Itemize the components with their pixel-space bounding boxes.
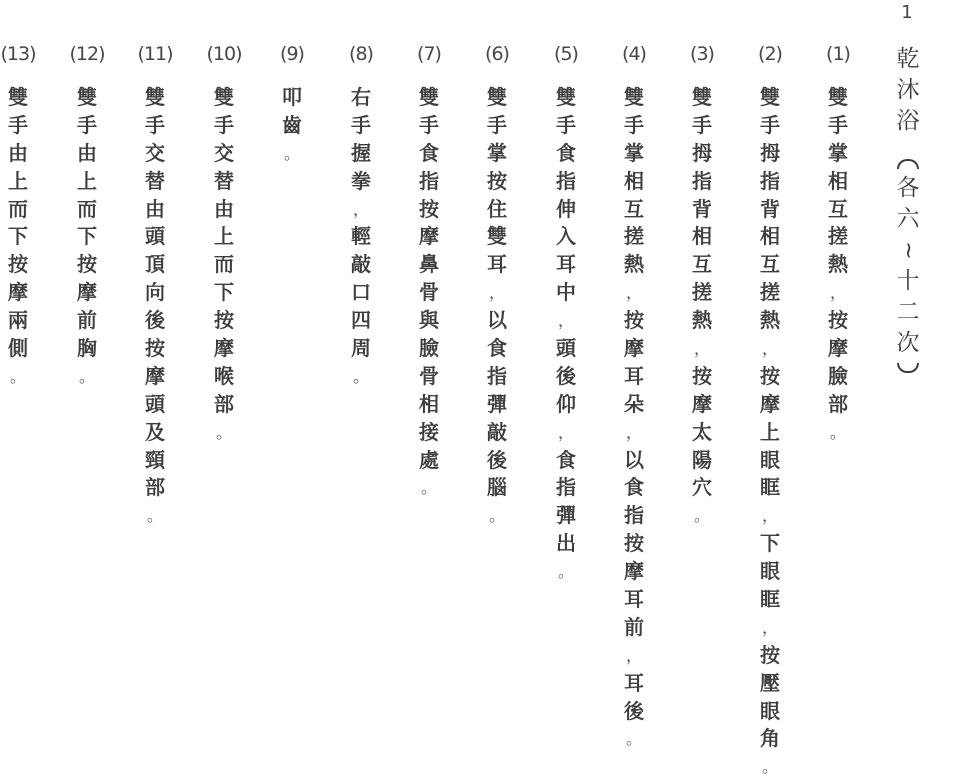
- step-column: (10)雙手交替由上而下按摩喉部。: [204, 40, 244, 447]
- step-number: (12): [69, 40, 104, 68]
- step-number: (3): [690, 40, 714, 68]
- step-text-char: 相: [624, 168, 644, 196]
- step-text-char: 。: [626, 725, 642, 753]
- step-text-char: 出: [556, 530, 576, 558]
- step-text-char: 手: [419, 112, 439, 140]
- step-text-char: 指: [556, 168, 576, 196]
- step-text-char: ，: [626, 419, 642, 447]
- step-text-char: 部: [214, 391, 234, 419]
- step-text-char: 雙: [487, 223, 507, 251]
- step-text-char: 。: [558, 558, 574, 586]
- step-text-char: 與: [419, 307, 439, 335]
- step-text-char: 背: [760, 196, 780, 224]
- step-text-char: 骨: [419, 363, 439, 391]
- step-text-char: 側: [8, 335, 28, 363]
- title-note-char: 十: [897, 266, 920, 297]
- step-text-char: 指: [760, 168, 780, 196]
- title-note-char: 二: [897, 297, 920, 328]
- step-text-char: 手: [214, 112, 234, 140]
- step-text-char: 口: [351, 279, 371, 307]
- step-text-char: 上: [8, 168, 28, 196]
- step-text-char: 按: [419, 196, 439, 224]
- step-text-char: 。: [79, 363, 95, 391]
- step-text-char: 輕: [351, 223, 371, 251]
- step-text-char: 按: [828, 307, 848, 335]
- step-text: 雙手拇指背相互搓熱，按摩上眼眶，下眼眶，按壓眼角。: [760, 84, 780, 778]
- step-text-char: 。: [421, 474, 437, 502]
- step-text: 雙手拇指背相互搓熱，按摩太陽穴。: [692, 84, 712, 530]
- step-text-char: 後: [556, 363, 576, 391]
- step-text: 雙手由上而下按摩前胸。: [77, 84, 97, 391]
- step-text-char: 搓: [692, 279, 712, 307]
- step-number: (10): [206, 40, 241, 68]
- step-text-char: 摩: [760, 391, 780, 419]
- step-text-char: 按: [624, 307, 644, 335]
- step-text-char: 相: [692, 223, 712, 251]
- step-text-char: 拳: [351, 168, 371, 196]
- step-text-char: 陽: [692, 447, 712, 475]
- title-note-to: 十二: [897, 266, 920, 328]
- step-number: (9): [280, 40, 304, 68]
- step-text-char: 雙: [624, 84, 644, 112]
- step-text-char: 摩: [828, 335, 848, 363]
- step-text-char: 搓: [760, 279, 780, 307]
- title-note-sep: ~: [893, 241, 924, 259]
- step-text-char: 下: [8, 223, 28, 251]
- step-text-char: 上: [77, 168, 97, 196]
- step-text-char: 住: [487, 196, 507, 224]
- step-text-char: 。: [216, 419, 232, 447]
- step-text-char: 指: [624, 502, 644, 530]
- step-text-char: 交: [145, 140, 165, 168]
- step-text: 雙手食指伸入耳中，頭後仰，食指彈出。: [556, 84, 576, 586]
- step-text-char: 眶: [760, 586, 780, 614]
- step-text-char: 摩: [214, 335, 234, 363]
- step-text-char: 後: [487, 447, 507, 475]
- step-text-char: 相: [828, 168, 848, 196]
- step-text-char: 手: [145, 112, 165, 140]
- step-text-char: 臉: [828, 363, 848, 391]
- step-text-char: ，: [626, 642, 642, 670]
- title-char: 浴: [897, 106, 920, 137]
- step-text-char: 頂: [145, 251, 165, 279]
- step-number: (5): [554, 40, 578, 68]
- page-number: 1: [899, 2, 915, 23]
- step-text-char: 敲: [351, 251, 371, 279]
- step-text-char: 太: [692, 419, 712, 447]
- step-text-char: ，: [558, 307, 574, 335]
- step-text-char: 按: [760, 642, 780, 670]
- step-text-char: 耳: [624, 586, 644, 614]
- step-text-char: 彈: [556, 502, 576, 530]
- step-text-char: 摩: [692, 391, 712, 419]
- step-number: (2): [758, 40, 782, 68]
- step-text-char: 向: [145, 279, 165, 307]
- step-text-char: 叩: [282, 84, 302, 112]
- step-text-char: 指: [419, 168, 439, 196]
- step-text-char: 鼻: [419, 251, 439, 279]
- step-text-char: 眼: [760, 698, 780, 726]
- step-text-char: 周: [351, 335, 371, 363]
- step-text-char: 握: [351, 140, 371, 168]
- step-text-char: 由: [77, 140, 97, 168]
- step-text-char: 按: [8, 251, 28, 279]
- step-text-char: 仰: [556, 391, 576, 419]
- step-column: (9)叩齒。: [272, 40, 312, 168]
- step-text-char: 雙: [556, 84, 576, 112]
- step-text-char: 食: [624, 474, 644, 502]
- step-text-char: 而: [214, 251, 234, 279]
- step-text-char: 雙: [487, 84, 507, 112]
- step-text-char: 彈: [487, 391, 507, 419]
- step-text-char: 以: [624, 447, 644, 475]
- step-text-char: 頭: [145, 391, 165, 419]
- step-text-char: ，: [489, 279, 505, 307]
- step-text-char: 胸: [77, 335, 97, 363]
- step-text-char: 按: [624, 530, 644, 558]
- step-text-char: 替: [214, 168, 234, 196]
- title-note-prefix: 各: [897, 173, 920, 204]
- step-text-char: 按: [760, 363, 780, 391]
- step-number: (13): [0, 40, 35, 68]
- step-text-char: 摩: [419, 223, 439, 251]
- step-column: (13)雙手由上而下按摩兩側。: [0, 40, 38, 391]
- step-column: (11)雙手交替由頭頂向後按摩頭及頸部。: [135, 40, 175, 530]
- step-text-char: 摩: [624, 558, 644, 586]
- step-text-char: 後: [145, 307, 165, 335]
- step-column: (12)雙手由上而下按摩前胸。: [67, 40, 107, 391]
- step-text-char: 摩: [8, 279, 28, 307]
- step-text-char: 敲: [487, 419, 507, 447]
- step-text-char: 兩: [8, 307, 28, 335]
- step-text-char: 互: [828, 196, 848, 224]
- section-title: 乾沐浴 各 六 ~ 十二 次: [893, 44, 923, 373]
- step-text-char: 按: [692, 363, 712, 391]
- step-text-char: 朵: [624, 391, 644, 419]
- step-text-char: 中: [556, 279, 576, 307]
- step-text-char: 掌: [624, 140, 644, 168]
- step-text-char: ，: [353, 196, 369, 224]
- step-text-char: 齒: [282, 112, 302, 140]
- step-text-char: 背: [692, 196, 712, 224]
- step-text-char: 處: [419, 447, 439, 475]
- step-text: 雙手交替由上而下按摩喉部。: [214, 84, 234, 447]
- step-text-char: 掌: [828, 140, 848, 168]
- step-text-char: 下: [760, 530, 780, 558]
- step-text-char: 交: [214, 140, 234, 168]
- step-text: 雙手食指按摩鼻骨與臉骨相接處。: [419, 84, 439, 502]
- step-text-char: 耳: [624, 363, 644, 391]
- step-number: (4): [622, 40, 646, 68]
- step-text-char: 。: [694, 502, 710, 530]
- step-text: 雙手掌按住雙耳，以食指彈敲後腦。: [487, 84, 507, 530]
- step-text-char: 按: [487, 168, 507, 196]
- step-text-char: 耳: [556, 251, 576, 279]
- step-column: (1)雙手掌相互搓熱，按摩臉部。: [818, 40, 858, 447]
- step-text-char: 食: [487, 335, 507, 363]
- step-text-char: 手: [692, 112, 712, 140]
- step-text-char: 指: [556, 474, 576, 502]
- step-text-char: 互: [624, 196, 644, 224]
- step-text-char: 上: [214, 223, 234, 251]
- step-text-char: 熱: [828, 251, 848, 279]
- step-text-char: 。: [489, 502, 505, 530]
- step-text-char: 雙: [77, 84, 97, 112]
- step-column: (6)雙手掌按住雙耳，以食指彈敲後腦。: [477, 40, 517, 530]
- title-char: 乾: [897, 44, 920, 75]
- step-text-char: ，: [626, 279, 642, 307]
- step-text-char: 按: [214, 307, 234, 335]
- step-text-char: 由: [8, 140, 28, 168]
- step-text-char: 手: [487, 112, 507, 140]
- step-number: (8): [349, 40, 373, 68]
- step-text-char: 角: [760, 725, 780, 753]
- step-text-char: 。: [10, 363, 26, 391]
- step-text-char: 接: [419, 419, 439, 447]
- step-text-char: 穴: [692, 474, 712, 502]
- step-text-char: 骨: [419, 279, 439, 307]
- step-text-char: ，: [762, 614, 778, 642]
- step-text-char: 而: [8, 196, 28, 224]
- step-number: (6): [485, 40, 509, 68]
- step-text-char: 熱: [692, 307, 712, 335]
- step-text-char: 替: [145, 168, 165, 196]
- step-number: (11): [137, 40, 172, 68]
- step-text-char: 搓: [624, 223, 644, 251]
- step-text-char: ，: [830, 279, 846, 307]
- step-text: 叩齒。: [282, 84, 302, 168]
- step-text-char: 雙: [760, 84, 780, 112]
- step-column: (4)雙手掌相互搓熱，按摩耳朵，以食指按摩耳前，耳後。: [614, 40, 654, 753]
- step-text-char: 指: [487, 363, 507, 391]
- step-text-char: 臉: [419, 335, 439, 363]
- step-text-char: 及: [145, 419, 165, 447]
- step-text-char: 眼: [760, 558, 780, 586]
- step-text-char: 。: [830, 419, 846, 447]
- step-text: 雙手交替由頭頂向後按摩頭及頸部。: [145, 84, 165, 530]
- step-text-char: 按: [145, 335, 165, 363]
- close-paren-mark: [897, 363, 919, 373]
- step-text-char: 手: [828, 112, 848, 140]
- step-text-char: 而: [77, 196, 97, 224]
- step-text-char: 眼: [760, 447, 780, 475]
- step-text: 右手握拳，輕敲口四周。: [351, 84, 371, 391]
- step-text-char: 腦: [487, 474, 507, 502]
- step-text-char: 以: [487, 307, 507, 335]
- step-text-char: 部: [828, 391, 848, 419]
- step-text-char: 掌: [487, 140, 507, 168]
- open-paren-mark: [897, 159, 919, 169]
- step-text-char: 。: [284, 140, 300, 168]
- step-text-char: ，: [694, 335, 710, 363]
- step-text-char: 手: [624, 112, 644, 140]
- step-text-char: 食: [556, 140, 576, 168]
- title-name: 乾沐浴: [897, 44, 920, 137]
- step-text-char: 。: [353, 363, 369, 391]
- step-text-char: 四: [351, 307, 371, 335]
- step-text-char: 熱: [760, 307, 780, 335]
- step-text-char: 相: [760, 223, 780, 251]
- step-text-char: ，: [762, 502, 778, 530]
- step-text-char: 下: [214, 279, 234, 307]
- step-text-char: 雙: [419, 84, 439, 112]
- title-char: 沐: [897, 75, 920, 106]
- step-text-char: 頭: [556, 335, 576, 363]
- step-text-char: 。: [762, 753, 778, 778]
- step-text-char: 摩: [145, 363, 165, 391]
- step-text-char: 部: [145, 474, 165, 502]
- step-text: 雙手掌相互搓熱，按摩耳朵，以食指按摩耳前，耳後。: [624, 84, 644, 753]
- step-text-char: 摩: [77, 279, 97, 307]
- step-text-char: 指: [692, 168, 712, 196]
- step-text-char: 互: [760, 251, 780, 279]
- step-text-char: 由: [145, 196, 165, 224]
- step-text-char: 手: [8, 112, 28, 140]
- step-text-char: 摩: [624, 335, 644, 363]
- step-text-char: 雙: [145, 84, 165, 112]
- step-text-char: 入: [556, 223, 576, 251]
- step-text-char: 後: [624, 698, 644, 726]
- step-text-char: 雙: [828, 84, 848, 112]
- title-note-unit: 次: [897, 328, 920, 359]
- step-text-char: 熱: [624, 251, 644, 279]
- step-text-char: 頸: [145, 447, 165, 475]
- step-text-char: 手: [556, 112, 576, 140]
- step-text-char: 雙: [692, 84, 712, 112]
- step-text-char: 食: [556, 447, 576, 475]
- step-text-char: 雙: [214, 84, 234, 112]
- step-text-char: 手: [77, 112, 97, 140]
- step-text-char: ，: [558, 419, 574, 447]
- step-text-char: 拇: [760, 140, 780, 168]
- step-text-char: 搓: [828, 223, 848, 251]
- step-text-char: 頭: [145, 223, 165, 251]
- step-number: (7): [417, 40, 441, 68]
- step-text-char: 眶: [760, 474, 780, 502]
- step-text-char: 壓: [760, 670, 780, 698]
- step-text-char: 耳: [624, 670, 644, 698]
- step-text: 雙手掌相互搓熱，按摩臉部。: [828, 84, 848, 447]
- step-text-char: 耳: [487, 251, 507, 279]
- step-text-char: 食: [419, 140, 439, 168]
- step-text-char: 。: [147, 502, 163, 530]
- step-text-char: 按: [77, 251, 97, 279]
- step-column: (5)雙手食指伸入耳中，頭後仰，食指彈出。: [546, 40, 586, 586]
- step-text-char: 手: [351, 112, 371, 140]
- step-column: (8)右手握拳，輕敲口四周。: [341, 40, 381, 391]
- step-column: (3)雙手拇指背相互搓熱，按摩太陽穴。: [682, 40, 722, 530]
- step-text-char: 上: [760, 419, 780, 447]
- step-text-char: ，: [762, 335, 778, 363]
- step-text-char: 伸: [556, 196, 576, 224]
- step-text-char: 下: [77, 223, 97, 251]
- step-text-char: 喉: [214, 363, 234, 391]
- step-text-char: 手: [760, 112, 780, 140]
- step-text-char: 互: [692, 251, 712, 279]
- title-note-from: 六: [897, 204, 920, 235]
- step-text-char: 前: [77, 307, 97, 335]
- step-text-char: 右: [351, 84, 371, 112]
- step-text-char: 拇: [692, 140, 712, 168]
- step-column: (7)雙手食指按摩鼻骨與臉骨相接處。: [409, 40, 449, 502]
- step-text-char: 前: [624, 614, 644, 642]
- step-text: 雙手由上而下按摩兩側。: [8, 84, 28, 391]
- step-column: (2)雙手拇指背相互搓熱，按摩上眼眶，下眼眶，按壓眼角。: [750, 40, 790, 778]
- step-text-char: 雙: [8, 84, 28, 112]
- step-text-char: 相: [419, 391, 439, 419]
- step-text-char: 由: [214, 196, 234, 224]
- step-number: (1): [826, 40, 850, 68]
